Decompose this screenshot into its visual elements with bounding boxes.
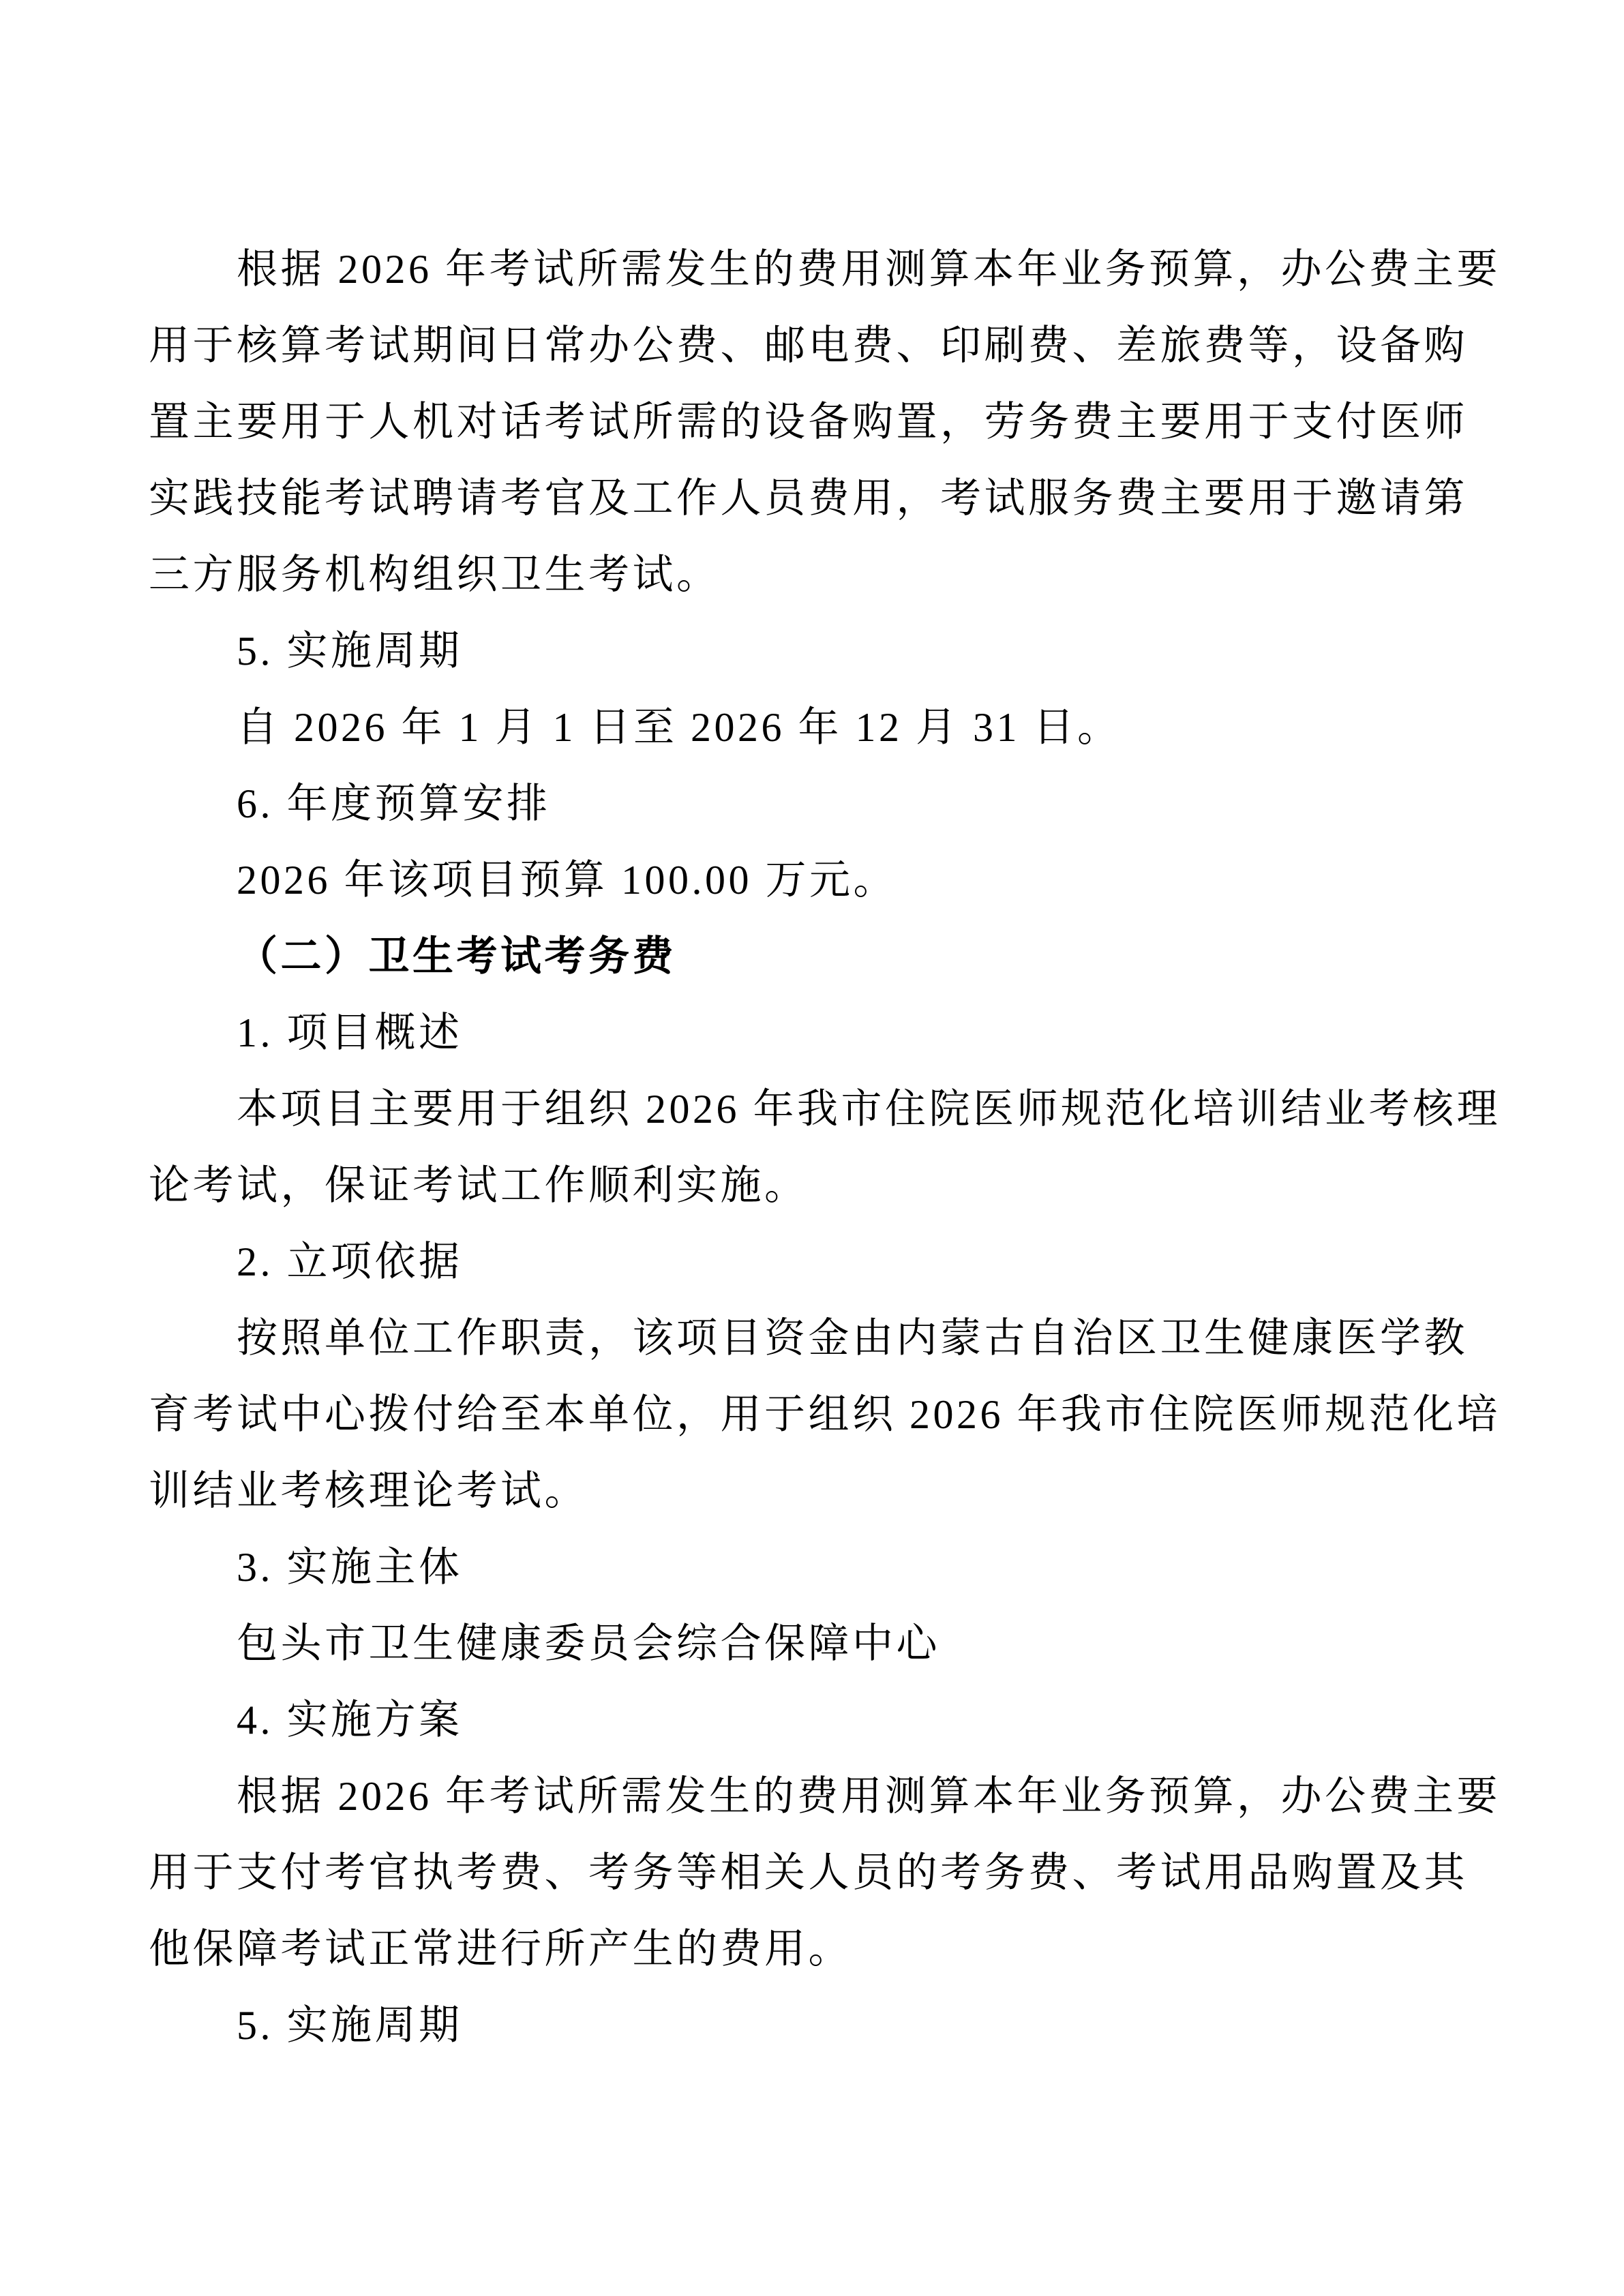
text-line: 按照单位工作职责，该项目资金由内蒙古自治区卫生健康医学教	[149, 1300, 1474, 1376]
text-line: 6. 年度预算安排	[149, 766, 1474, 842]
document-body: 根据 2026 年考试所需发生的费用测算本年业务预算，办公费主要用于核算考试期间…	[149, 231, 1474, 2064]
text-line: 置主要用于人机对话考试所需的设备购置，劳务费主要用于支付医师	[149, 384, 1474, 460]
text-line: 根据 2026 年考试所需发生的费用测算本年业务预算，办公费主要	[149, 1758, 1474, 1834]
text-line: 包头市卫生健康委员会综合保障中心	[149, 1605, 1474, 1682]
text-line: 论考试，保证考试工作顺利实施。	[149, 1147, 1474, 1224]
text-line: 训结业考核理论考试。	[149, 1453, 1474, 1529]
text-line: 育考试中心拨付给至本单位，用于组织 2026 年我市住院医师规范化培	[149, 1376, 1474, 1453]
text-line: 本项目主要用于组织 2026 年我市住院医师规范化培训结业考核理	[149, 1071, 1474, 1147]
text-line: 2026 年该项目预算 100.00 万元。	[149, 842, 1474, 918]
text-line: 自 2026 年 1 月 1 日至 2026 年 12 月 31 日。	[149, 689, 1474, 766]
text-line: 用于核算考试期间日常办公费、邮电费、印刷费、差旅费等，设备购	[149, 307, 1474, 384]
text-line: 根据 2026 年考试所需发生的费用测算本年业务预算，办公费主要	[149, 231, 1474, 307]
text-line: 5. 实施周期	[149, 613, 1474, 689]
text-line: 2. 立项依据	[149, 1224, 1474, 1300]
document-page: 根据 2026 年考试所需发生的费用测算本年业务预算，办公费主要用于核算考试期间…	[0, 0, 1624, 2296]
text-line: 1. 项目概述	[149, 995, 1474, 1071]
text-line: 用于支付考官执考费、考务等相关人员的考务费、考试用品购置及其	[149, 1834, 1474, 1911]
text-line: 实践技能考试聘请考官及工作人员费用，考试服务费主要用于邀请第	[149, 460, 1474, 537]
text-line: 3. 实施主体	[149, 1529, 1474, 1605]
text-line: 三方服务机构组织卫生考试。	[149, 537, 1474, 613]
section-heading-line: （二）卫生考试考务费	[149, 918, 1474, 995]
text-line: 他保障考试正常进行所产生的费用。	[149, 1911, 1474, 1987]
text-line: 4. 实施方案	[149, 1682, 1474, 1758]
text-line: 5. 实施周期	[149, 1987, 1474, 2064]
